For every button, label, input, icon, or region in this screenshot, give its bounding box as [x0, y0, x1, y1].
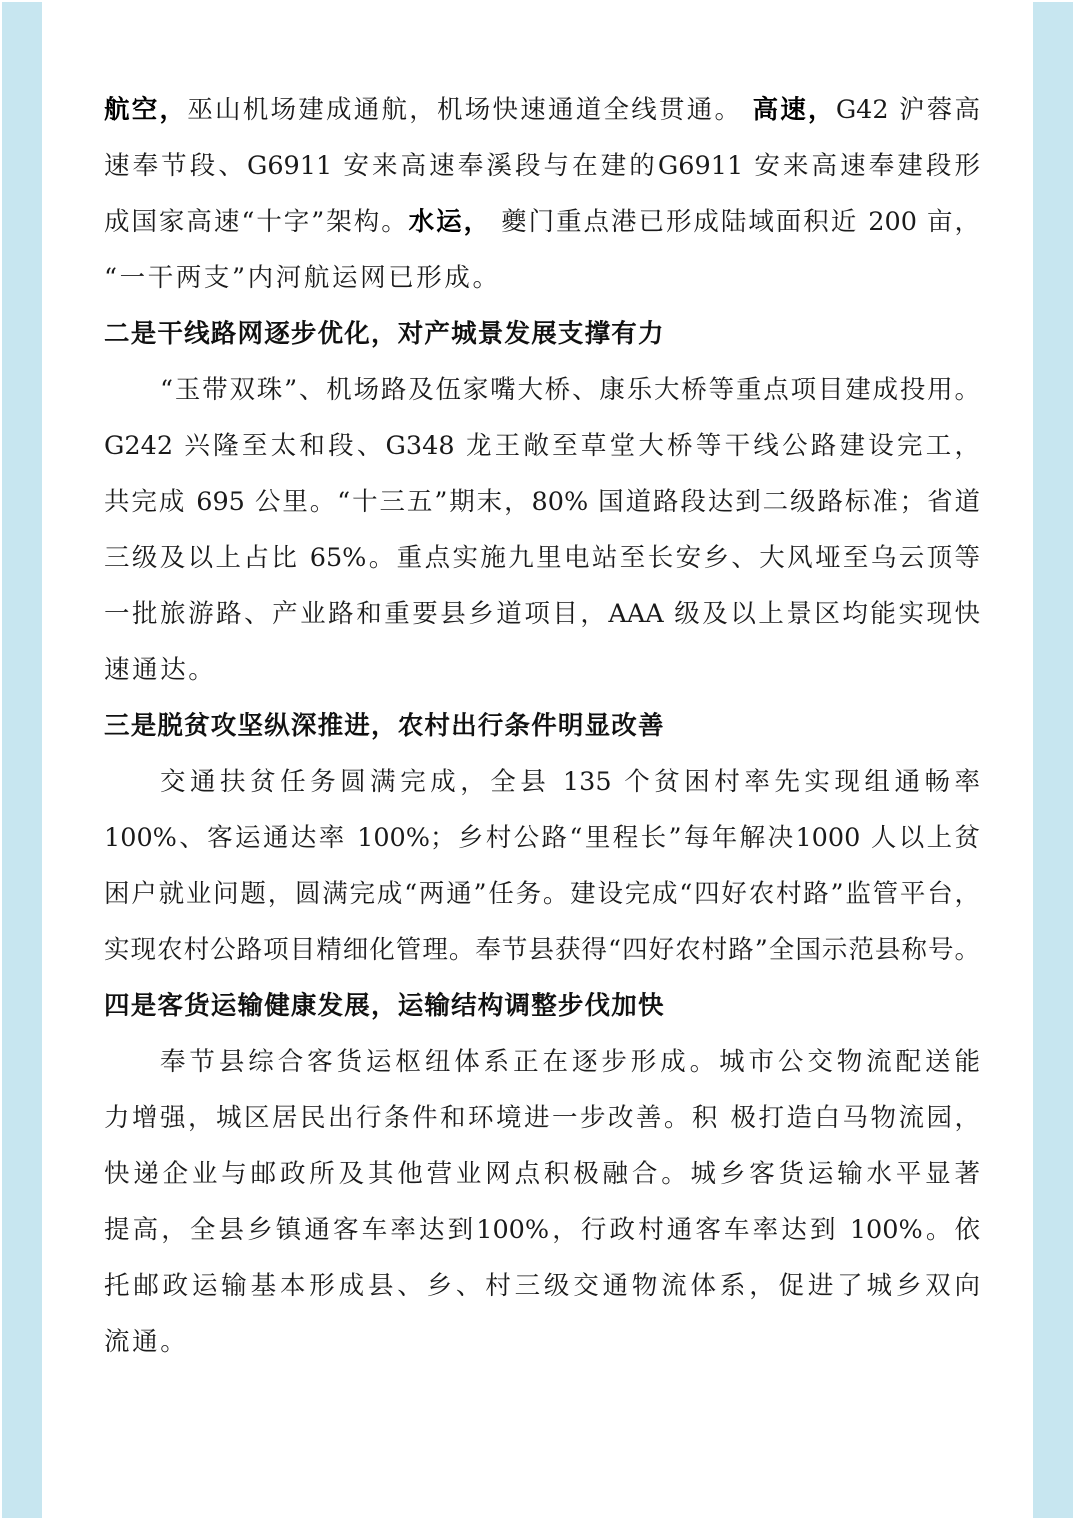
- text-line: 共完成 695 公里。“十三五”期末，80% 国道路段达到二级路标准；省道: [104, 474, 980, 530]
- text-line: 流通。: [104, 1314, 980, 1370]
- document-body: 航空，巫山机场建成通航，机场快速通道全线贯通。 高速，G42 沪蓉高 速奉节段、…: [104, 82, 980, 1370]
- text-span: 成国家高速“十字”架构。: [104, 207, 409, 237]
- text-line: 奉节县综合客货运枢纽体系正在逐步形成。城市公交物流配送能: [104, 1034, 980, 1090]
- text-span: 夔门重点港已形成陆域面积近 200 亩，: [491, 207, 980, 237]
- text-span: G42 沪蓉高: [836, 95, 980, 125]
- text-line: 困户就业问题，圆满完成“两通”任务。建设完成“四好农村路”监管平台，: [104, 866, 980, 922]
- text-line: 航空，巫山机场建成通航，机场快速通道全线贯通。 高速，G42 沪蓉高: [104, 82, 980, 138]
- section-3: 三是脱贫攻坚纵深推进，农村出行条件明显改善 交通扶贫任务圆满完成，全县 135 …: [104, 698, 980, 978]
- text-line: “玉带双珠”、机场路及伍家嘴大桥、康乐大桥等重点项目建成投用。: [104, 362, 980, 418]
- section-heading: 三是脱贫攻坚纵深推进，农村出行条件明显改善: [104, 698, 980, 754]
- text-line: G242 兴隆至太和段、G348 龙王敞至草堂大桥等干线公路建设完工，: [104, 418, 980, 474]
- text-line: 实现农村公路项目精细化管理。奉节县获得“四好农村路”全国示范县称号。: [104, 922, 980, 978]
- text-line: 一批旅游路、产业路和重要县乡道项目，AAA 级及以上景区均能实现快: [104, 586, 980, 642]
- text-line: 托邮政运输基本形成县、乡、村三级交通物流体系，促进了城乡双向: [104, 1258, 980, 1314]
- intro-paragraph: 航空，巫山机场建成通航，机场快速通道全线贯通。 高速，G42 沪蓉高 速奉节段、…: [104, 82, 980, 306]
- text-line: 成国家高速“十字”架构。水运， 夔门重点港已形成陆域面积近 200 亩，: [104, 194, 980, 250]
- section-heading: 四是客货运输健康发展，运输结构调整步伐加快: [104, 978, 980, 1034]
- section-2: 二是干线路网逐步优化，对产城景发展支撑有力 “玉带双珠”、机场路及伍家嘴大桥、康…: [104, 306, 980, 698]
- left-decorative-band: [2, 2, 42, 1518]
- text-span: 巫山机场建成通航，机场快速通道全线贯通。: [187, 95, 742, 125]
- text-line: 100%、客运通达率 100%；乡村公路“里程长”每年解决1000 人以上贫: [104, 810, 980, 866]
- section-4: 四是客货运输健康发展，运输结构调整步伐加快 奉节县综合客货运枢纽体系正在逐步形成…: [104, 978, 980, 1370]
- right-decorative-band: [1033, 2, 1073, 1518]
- text-line: 三级及以上占比 65%。重点实施九里电站至长安乡、大风垭至乌云顶等: [104, 530, 980, 586]
- keyword-waterway: 水运，: [409, 207, 491, 237]
- keyword-highway: 高速，: [753, 95, 836, 125]
- text-line: “一干两支”内河航运网已形成。: [104, 250, 980, 306]
- text-line: 提高，全县乡镇通客车率达到100%，行政村通客车率达到 100%。依: [104, 1202, 980, 1258]
- text-line: 交通扶贫任务圆满完成，全县 135 个贫困村率先实现组通畅率: [104, 754, 980, 810]
- text-line: 速通达。: [104, 642, 980, 698]
- keyword-aviation: 航空，: [104, 95, 187, 125]
- section-heading: 二是干线路网逐步优化，对产城景发展支撑有力: [104, 306, 980, 362]
- text-line: 力增强，城区居民出行条件和环境进一步改善。积 极打造白马物流园，: [104, 1090, 980, 1146]
- text-line: 速奉节段、G6911 安来高速奉溪段与在建的G6911 安来高速奉建段形: [104, 138, 980, 194]
- text-line: 快递企业与邮政所及其他营业网点积极融合。城乡客货运输水平显著: [104, 1146, 980, 1202]
